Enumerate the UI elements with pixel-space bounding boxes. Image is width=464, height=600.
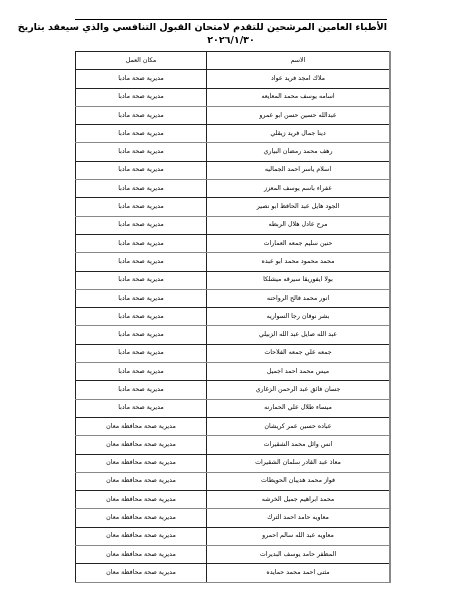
table-row: عفراء باسم يوسف المعززمديرية صحة مادبا bbox=[76, 180, 391, 198]
candidate-name-cell: ملاك امجد فريد عواد bbox=[207, 70, 391, 88]
table-body: ملاك امجد فريد عوادمديرية صحة مادبااسامه… bbox=[76, 70, 391, 582]
table-row: ميساء طلال علي الحمارنهمديرية صحة مادبا bbox=[76, 399, 391, 417]
candidate-name-cell: فواز محمد هديبان الحويطات bbox=[207, 472, 391, 490]
candidate-name-cell: ميساء طلال علي الحمارنه bbox=[207, 399, 391, 417]
candidate-name-cell: ميس محمد احمد اجميل bbox=[207, 363, 391, 381]
workplace-cell: مديرية صحة مادبا bbox=[76, 216, 207, 234]
candidate-name-cell: عفراء باسم يوسف المعزز bbox=[207, 180, 391, 198]
workplace-cell: مديرية صحة مادبا bbox=[76, 88, 207, 106]
candidate-name-cell: بشر نوفان رجا السواريه bbox=[207, 308, 391, 326]
candidate-name-cell: محمد محمود محمد ابو عبده bbox=[207, 253, 391, 271]
workplace-cell: مديرية صحة مادبا bbox=[76, 198, 207, 216]
candidate-name-cell: بولا ايفوريقا سيرقه ميشلكا bbox=[207, 271, 391, 289]
workplace-cell: مديرية صحة محافظة معان bbox=[76, 472, 207, 490]
candidate-name-cell: رهف محمد رمضان البياري bbox=[207, 143, 391, 161]
candidate-name-cell: اسلام ياسر احمد الجماليه bbox=[207, 161, 391, 179]
workplace-cell: مديرية صحة مادبا bbox=[76, 143, 207, 161]
table-row: انور محمد فالح الرواحنهمديرية صحة مادبا bbox=[76, 289, 391, 307]
candidate-name-cell: معاويه عبد الله سالم احمرو bbox=[207, 527, 391, 545]
workplace-cell: مديرية صحة محافظة معان bbox=[76, 546, 207, 564]
table-row: جمعه علي جمعه الفلاحاتمديرية صحة مادبا bbox=[76, 344, 391, 362]
table-row: معاويه حامد احمد التركمديرية صحة محافظة … bbox=[76, 509, 391, 527]
workplace-cell: مديرية صحة مادبا bbox=[76, 161, 207, 179]
table-row: اسامه يوسف محمد المعايعهمديرية صحة مادبا bbox=[76, 88, 391, 106]
table-row: معاويه عبد الله سالم احمرومديرية صحة محا… bbox=[76, 527, 391, 545]
workplace-cell: مديرية صحة مادبا bbox=[76, 234, 207, 252]
table-row: عبدالله حسين حسن ابو عمرومديرية صحة مادب… bbox=[76, 106, 391, 124]
candidate-name-cell: عبدالله حسين حسن ابو عمرو bbox=[207, 106, 391, 124]
table-row: حنين سليم جمعه العماراتمديرية صحة مادبا bbox=[76, 234, 391, 252]
table-row: بولا ايفوريقا سيرقه ميشلكامديرية صحة ماد… bbox=[76, 271, 391, 289]
workplace-cell: مديرية صحة مادبا bbox=[76, 344, 207, 362]
candidate-name-cell: مرح عادل هلال الربطه bbox=[207, 216, 391, 234]
workplace-cell: مديرية صحة مادبا bbox=[76, 125, 207, 143]
candidates-table: الاسم مكان العمل ملاك امجد فريد عوادمدير… bbox=[75, 51, 391, 583]
workplace-cell: مديرية صحة مادبا bbox=[76, 399, 207, 417]
candidate-name-cell: معاذ عبد القادر سلمان الشقيرات bbox=[207, 454, 391, 472]
workplace-cell: مديرية صحة مادبا bbox=[76, 326, 207, 344]
document-title: الأطباء العامين المرشحين للتقدم لامتحان … bbox=[75, 21, 387, 47]
candidate-name-cell: معاويه حامد احمد الترك bbox=[207, 509, 391, 527]
document-page: الأطباء العامين المرشحين للتقدم لامتحان … bbox=[0, 0, 464, 600]
workplace-cell: مديرية صحة محافظة معان bbox=[76, 527, 207, 545]
candidate-name-cell: اسامه يوسف محمد المعايعه bbox=[207, 88, 391, 106]
table-row: اسلام ياسر احمد الجماليهمديرية صحة مادبا bbox=[76, 161, 391, 179]
workplace-cell: مديرية صحة محافظة معان bbox=[76, 436, 207, 454]
table-row: المظفر حامد يوسف البديراتمديرية صحة محاف… bbox=[76, 546, 391, 564]
title-line-1: الأطباء العامين المرشحين للتقدم لامتحان … bbox=[75, 21, 387, 34]
table-row: محمد محمود محمد ابو عبدهمديرية صحة مادبا bbox=[76, 253, 391, 271]
candidate-name-cell: جسان فائق عبد الرحمن الزغاري bbox=[207, 381, 391, 399]
workplace-cell: مديرية صحة مادبا bbox=[76, 271, 207, 289]
table-row: عباده حسين عمر كريشانمديرية صحة محافظة م… bbox=[76, 417, 391, 435]
workplace-cell: مديرية صحة مادبا bbox=[76, 253, 207, 271]
title-date: ٢٠٢٦/١/٣٠ bbox=[75, 34, 387, 47]
table-row: بشر نوفان رجا السواريهمديرية صحة مادبا bbox=[76, 308, 391, 326]
workplace-cell: مديرية صحة مادبا bbox=[76, 363, 207, 381]
workplace-cell: مديرية صحة محافظة معان bbox=[76, 564, 207, 582]
candidate-name-cell: دينا جمال فريد زيقلي bbox=[207, 125, 391, 143]
table-row: ميس محمد احمد اجميلمديرية صحة مادبا bbox=[76, 363, 391, 381]
table-row: محمد ابراهيم جميل الخرشهمديرية صحة محافظ… bbox=[76, 491, 391, 509]
workplace-cell: مديرية صحة محافظة معان bbox=[76, 509, 207, 527]
workplace-cell: مديرية صحة محافظة معان bbox=[76, 417, 207, 435]
workplace-cell: مديرية صحة مادبا bbox=[76, 180, 207, 198]
workplace-cell: مديرية صحة مادبا bbox=[76, 381, 207, 399]
workplace-cell: مديرية صحة محافظة معان bbox=[76, 491, 207, 509]
table-row: دينا جمال فريد زيقليمديرية صحة مادبا bbox=[76, 125, 391, 143]
table-row: جسان فائق عبد الرحمن الزغاريمديرية صحة م… bbox=[76, 381, 391, 399]
workplace-cell: مديرية صحة محافظة معان bbox=[76, 454, 207, 472]
table-row: رهف محمد رمضان البياريمديرية صحة مادبا bbox=[76, 143, 391, 161]
table-row: انس وائل محمد الشقيراتمديرية صحة محافظة … bbox=[76, 436, 391, 454]
workplace-cell: مديرية صحة مادبا bbox=[76, 106, 207, 124]
candidate-name-cell: عباده حسين عمر كريشان bbox=[207, 417, 391, 435]
top-rule-divider bbox=[75, 19, 387, 20]
table-row: الجود هايل عبد الحافظ ابو نصيرمديرية صحة… bbox=[76, 198, 391, 216]
table-header-row: الاسم مكان العمل bbox=[76, 52, 391, 70]
workplace-cell: مديرية صحة مادبا bbox=[76, 70, 207, 88]
candidate-name-cell: حنين سليم جمعه العمارات bbox=[207, 234, 391, 252]
workplace-cell: مديرية صحة مادبا bbox=[76, 308, 207, 326]
table-row: معاذ عبد القادر سلمان الشقيراتمديرية صحة… bbox=[76, 454, 391, 472]
column-header-name: الاسم bbox=[207, 52, 391, 70]
table-row: عبد الله صايل عبد الله الزبيليمديرية صحة… bbox=[76, 326, 391, 344]
workplace-cell: مديرية صحة مادبا bbox=[76, 289, 207, 307]
candidate-name-cell: المظفر حامد يوسف البديرات bbox=[207, 546, 391, 564]
candidate-name-cell: انور محمد فالح الرواحنه bbox=[207, 289, 391, 307]
table-row: فواز محمد هديبان الحويطاتمديرية صحة محاف… bbox=[76, 472, 391, 490]
column-header-workplace: مكان العمل bbox=[76, 52, 207, 70]
candidate-name-cell: انس وائل محمد الشقيرات bbox=[207, 436, 391, 454]
candidate-name-cell: محمد ابراهيم جميل الخرشه bbox=[207, 491, 391, 509]
candidate-name-cell: مثنى احمد محمد حمايده bbox=[207, 564, 391, 582]
table-row: مثنى احمد محمد حمايدهمديرية صحة محافظة م… bbox=[76, 564, 391, 582]
table-row: ملاك امجد فريد عوادمديرية صحة مادبا bbox=[76, 70, 391, 88]
candidate-name-cell: جمعه علي جمعه الفلاحات bbox=[207, 344, 391, 362]
candidate-name-cell: عبد الله صايل عبد الله الزبيلي bbox=[207, 326, 391, 344]
candidate-name-cell: الجود هايل عبد الحافظ ابو نصير bbox=[207, 198, 391, 216]
table-row: مرح عادل هلال الربطهمديرية صحة مادبا bbox=[76, 216, 391, 234]
